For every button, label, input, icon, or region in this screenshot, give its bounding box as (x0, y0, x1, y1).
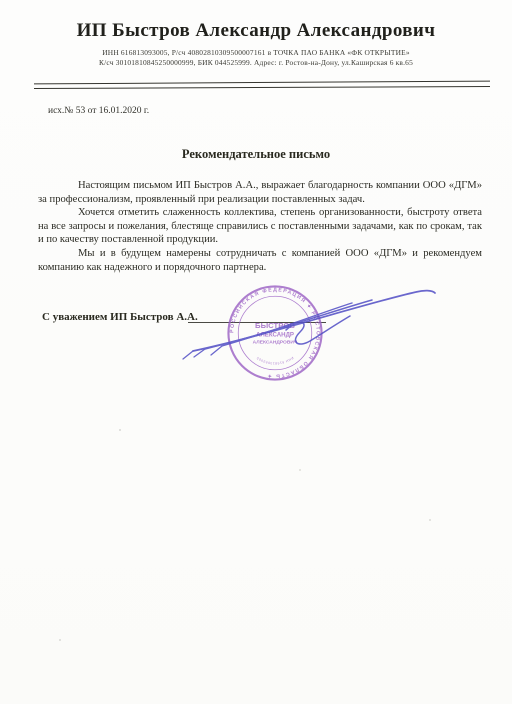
letterhead-bank-details-line2: К/сч 30101810845250000999, БИК 044525999… (0, 58, 512, 68)
letterhead-divider-bottom (34, 86, 490, 89)
letter-paragraph-3: Мы и в будущем намерены сотрудничать с к… (38, 247, 482, 274)
letterhead: ИП Быстров Александр Александрович ИНН 6… (0, 20, 512, 68)
letter-paragraph-1: Настоящим письмом ИП Быстров А.А., выраж… (38, 179, 482, 206)
letter-body: Настоящим письмом ИП Быстров А.А., выраж… (38, 179, 482, 274)
signature-stroke-3 (222, 303, 352, 346)
letter-paragraph-2: Хочется отметить слаженность коллектива,… (38, 206, 482, 247)
signature-loop (286, 316, 350, 344)
handwritten-signature (158, 278, 458, 370)
letterhead-name: ИП Быстров Александр Александрович (0, 20, 512, 42)
letterhead-bank-details-line1: ИНН 616813093005, Р/сч 40802810309500007… (0, 48, 512, 58)
outgoing-reference-number: исх.№ 53 от 16.01.2020 г. (48, 106, 149, 116)
letter-title: Рекомендательное письмо (0, 147, 512, 162)
signature-tail-1 (183, 351, 193, 359)
letterhead-divider-top (34, 81, 490, 85)
scanned-letter-page: ИП Быстров Александр Александрович ИНН 6… (0, 0, 512, 704)
